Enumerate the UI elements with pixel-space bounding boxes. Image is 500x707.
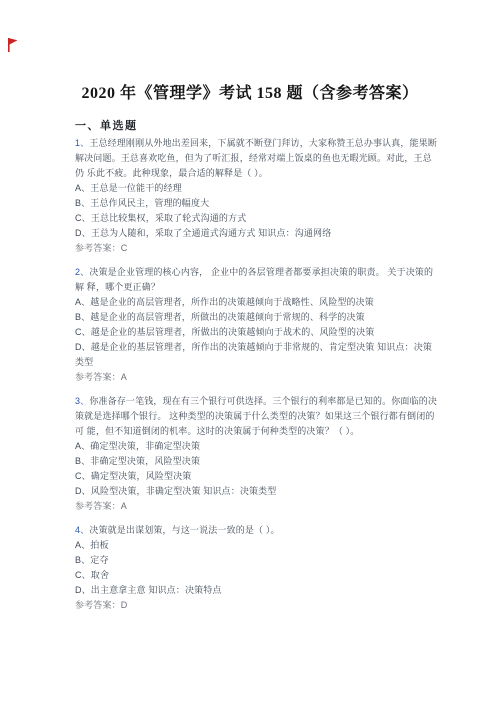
answer-label: 参考答案： bbox=[75, 501, 121, 511]
option-line-b: B、越是企业的高层管理者，所做出的决策越倾向于常规的、科学的决策 bbox=[75, 310, 443, 325]
question-number: 4、 bbox=[75, 525, 89, 535]
answer-label: 参考答案： bbox=[75, 243, 121, 253]
document-title: 2020 年《管理学》考试 158 题（含参考答案） bbox=[0, 84, 500, 104]
answer-value: D bbox=[121, 600, 128, 610]
document-body: 一、单选题 1、王总经理刚刚从外地出差回来，下属就不断登门拜访，大家称赞王总办事… bbox=[75, 119, 443, 613]
answer-line: 参考答案：C bbox=[75, 241, 443, 256]
question-stem-line: 1、王总经理刚刚从外地出差回来，下属就不断登门拜访，大家称赞王总办事认真，能果断 bbox=[75, 136, 443, 151]
question-stem-line: 策就是选择哪个银行。 这种类型的决策属于什么类型的决策？如果这三个银行都有倒闭的 bbox=[75, 409, 443, 424]
question-stem-line: 解决问题。王总喜欢吃鱼，但为了听汇报，经常对端上饭桌的鱼也无暇光顾。对此，王总 bbox=[75, 151, 443, 166]
question-block-3: 3、你准备存一笔钱，现在有三个银行可供选择。三个银行的利率都是已知的。你面临的决… bbox=[75, 394, 443, 514]
option-line-a: A、拍板 bbox=[75, 538, 443, 553]
option-line-b: B、王总作风民主，管理的幅度大 bbox=[75, 196, 443, 211]
option-line-c: C、王总比较集权，采取了轮式沟通的方式 bbox=[75, 211, 443, 226]
answer-value: C bbox=[121, 243, 128, 253]
section-heading: 一、单选题 bbox=[75, 119, 443, 134]
question-number: 1、 bbox=[75, 138, 89, 148]
option-line-d: D、风险型决策，非确定型决策 知识点：决策类型 bbox=[75, 484, 443, 499]
question-block-2: 2、决策是企业管理的核心内容， 企业中的各层管理者都要承担决策的职责。 关于决策… bbox=[75, 265, 443, 385]
answer-line: 参考答案：A bbox=[75, 499, 443, 514]
option-line-a: A、王总是一位能干的经理 bbox=[75, 181, 443, 196]
question-stem-line: 2、决策是企业管理的核心内容， 企业中的各层管理者都要承担决策的职责。 关于决策… bbox=[75, 265, 443, 280]
red-flag-icon bbox=[6, 37, 19, 53]
question-number: 2、 bbox=[75, 267, 89, 277]
answer-line: 参考答案：A bbox=[75, 370, 443, 385]
option-line-d: D、出主意拿主意 知识点：决策特点 bbox=[75, 583, 443, 598]
option-line-a: A、越是企业的高层管理者，所作出的决策越倾向于战略性、风险型的决策 bbox=[75, 295, 443, 310]
option-line-d: D、王总为人随和，采取了全通道式沟通方式 知识点：沟通网络 bbox=[75, 226, 443, 241]
option-line-a: A、确定型决策，非确定型决策 bbox=[75, 439, 443, 454]
question-stem-line: 解 释，哪个更正确？ bbox=[75, 280, 443, 295]
option-line-c: C、确定型决策，风险型决策 bbox=[75, 469, 443, 484]
question-block-4: 4、决策就是出谋划策，与这一说法一致的是（ ）。 A、拍板 B、定夺 C、取舍 … bbox=[75, 523, 443, 613]
option-line-b: B、非确定型决策，风险型决策 bbox=[75, 454, 443, 469]
stem-text: 决策就是出谋划策，与这一说法一致的是（ ）。 bbox=[89, 525, 279, 535]
answer-label: 参考答案： bbox=[75, 372, 121, 382]
answer-line: 参考答案：D bbox=[75, 598, 443, 613]
answer-label: 参考答案： bbox=[75, 600, 121, 610]
stem-text: 你准备存一笔钱，现在有三个银行可供选择。三个银行的利率都是已知的。你面临的决 bbox=[89, 396, 437, 406]
question-number: 3、 bbox=[75, 396, 89, 406]
question-block-1: 1、王总经理刚刚从外地出差回来，下属就不断登门拜访，大家称赞王总办事认真，能果断… bbox=[75, 136, 443, 256]
option-line-b: B、定夺 bbox=[75, 553, 443, 568]
question-stem-line: 可 能，但不知道倒闭的机率。这时的决策属于何种类型的决策？（ ）。 bbox=[75, 424, 443, 439]
option-line-c: C、越是企业的基层管理者，所做出的决策越倾向于战术的、风险型的决策 bbox=[75, 325, 443, 340]
stem-text: 王总经理刚刚从外地出差回来，下属就不断登门拜访，大家称赞王总办事认真，能果断 bbox=[89, 138, 437, 148]
answer-value: A bbox=[121, 372, 127, 382]
option-line-d: D、越是企业的基层管理者，所作出的决策越倾向于非常规的、肯定型决策 知识点：决策 bbox=[75, 340, 443, 355]
question-stem-line: 仍 乐此不疲。此种现象，最合适的解释是（ ）。 bbox=[75, 166, 443, 181]
answer-value: A bbox=[121, 501, 127, 511]
option-line-c: C、取舍 bbox=[75, 568, 443, 583]
option-line-d-wrap: 类型 bbox=[75, 355, 443, 370]
stem-text: 决策是企业管理的核心内容， 企业中的各层管理者都要承担决策的职责。 关于决策的 bbox=[89, 267, 433, 277]
question-stem-line: 3、你准备存一笔钱，现在有三个银行可供选择。三个银行的利率都是已知的。你面临的决 bbox=[75, 394, 443, 409]
document-page: 2020 年《管理学》考试 158 题（含参考答案） 一、单选题 1、王总经理刚… bbox=[0, 0, 500, 707]
question-stem-line: 4、决策就是出谋划策，与这一说法一致的是（ ）。 bbox=[75, 523, 443, 538]
